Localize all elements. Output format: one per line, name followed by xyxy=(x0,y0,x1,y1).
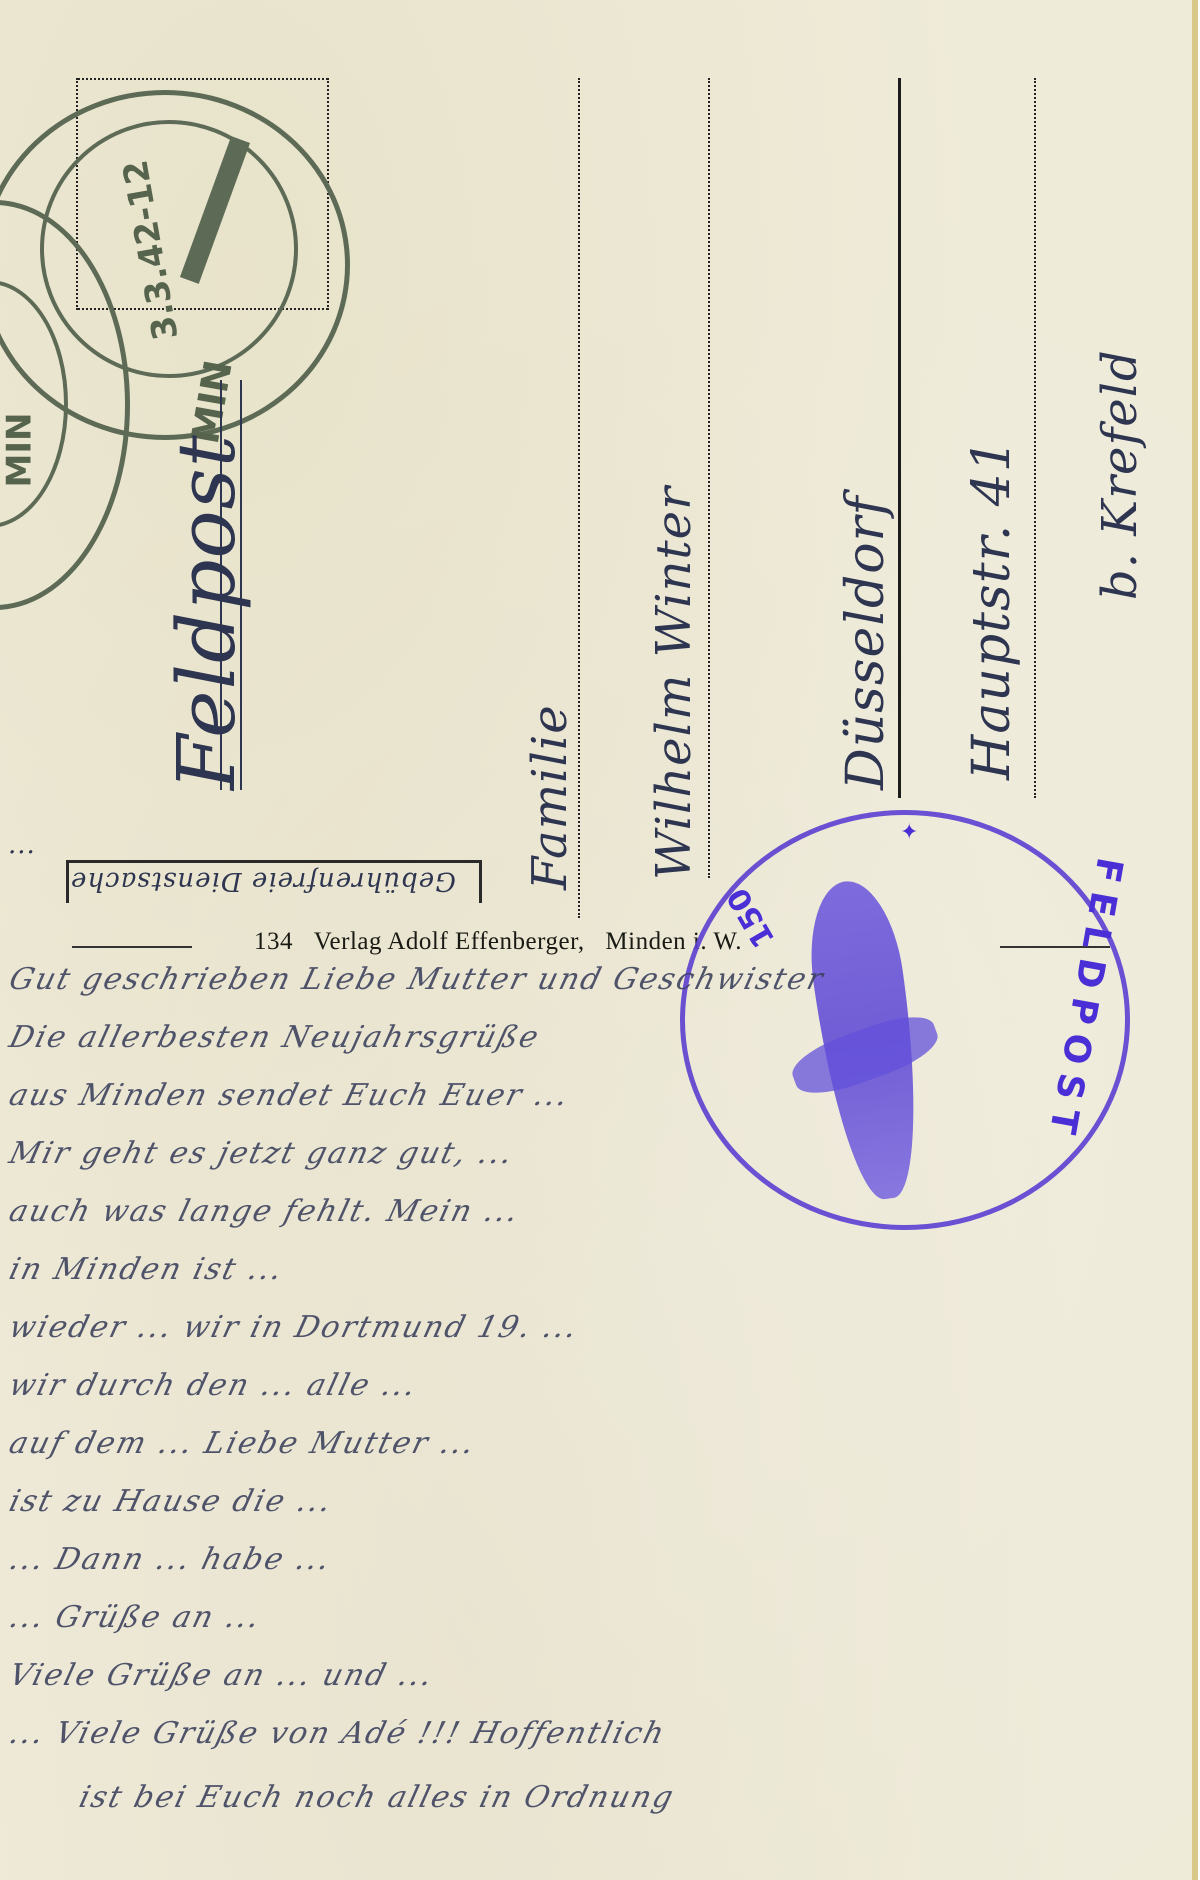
stamp-box-top xyxy=(78,78,328,80)
postcard: 134 Verlag Adolf Effenberger, Minden i. … xyxy=(0,0,1198,1880)
letter-line: wir durch den ... alle ... xyxy=(6,1368,421,1403)
letter-line: ... Grüße an ... xyxy=(6,1600,265,1635)
card-number: 134 xyxy=(254,928,293,955)
feldpost-underline-1 xyxy=(220,380,222,790)
publisher-rule-left xyxy=(72,946,192,948)
letter-line: Mir geht es jetzt ganz gut, ... xyxy=(6,1136,518,1171)
star-icon: ✦ xyxy=(900,820,918,845)
letter-line: aus Minden sendet Euch Euer ... xyxy=(6,1078,574,1113)
address-line-1 xyxy=(578,78,580,918)
letter-line: ist zu Hause die ... xyxy=(6,1484,337,1519)
address-line-familie: Familie xyxy=(522,704,578,890)
boxed-note-text: Gebührenfreie Dienstsache xyxy=(70,866,456,896)
letter-line: in Minden ist ... xyxy=(6,1252,288,1287)
letter-line: auch was lange fehlt. Mein ... xyxy=(6,1194,524,1229)
address-line-2 xyxy=(708,78,710,878)
publisher-imprint: 134 Verlag Adolf Effenberger, Minden i. … xyxy=(254,928,742,956)
letter-line: Die allerbesten Neujahrsgrüße xyxy=(6,1020,544,1055)
address-line-name: Wilhelm Winter xyxy=(646,486,702,880)
letter-line: wieder ... wir in Dortmund 19. ... xyxy=(6,1310,583,1345)
letter-line: Gut geschrieben Liebe Mutter und Geschwi… xyxy=(6,962,829,997)
letter-line: ... Dann ... habe ... xyxy=(6,1542,335,1577)
postmark-second-town: MIN xyxy=(0,413,39,488)
publisher-name: Verlag Adolf Effenberger, xyxy=(314,928,585,955)
feldpost-underline-2 xyxy=(240,380,242,790)
address-line-region: b. Krefeld xyxy=(1092,349,1148,600)
letter-line: ... Viele Grüße von Adé !!! Hoffentlich xyxy=(6,1716,670,1751)
address-line-city: Düsseldorf xyxy=(836,495,896,790)
letter-line: Viele Grüße an ... und ... xyxy=(6,1658,438,1693)
address-line-4 xyxy=(1034,78,1036,798)
boxed-note-prefix: ... xyxy=(8,830,36,860)
address-line-street: Hauptstr. 41 xyxy=(962,438,1022,780)
letter-line: auf dem ... Liebe Mutter ... xyxy=(6,1426,480,1461)
letter-line: ist bei Euch noch alles in Ordnung xyxy=(76,1780,679,1815)
address-line-3 xyxy=(898,78,901,798)
